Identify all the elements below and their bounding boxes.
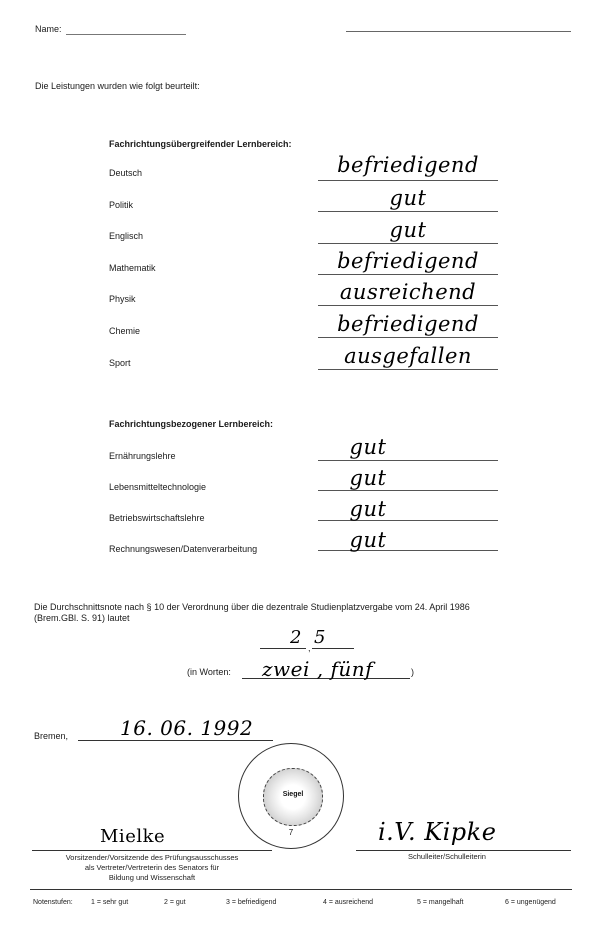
subject-name: Englisch <box>109 231 143 241</box>
date-line <box>78 740 273 741</box>
grade-handwritten: befriedigend <box>318 249 498 273</box>
grade-handwritten: gut <box>318 186 498 210</box>
section1-title: Fachrichtungsübergreifender Lernbereich: <box>109 139 292 149</box>
footer-divider <box>30 889 572 890</box>
grading-scale-item: 4 = ausreichend <box>323 899 373 906</box>
name-label: Name: <box>35 24 62 34</box>
name-field-line <box>66 34 186 35</box>
average-decimal: 5 <box>314 627 326 648</box>
left-signature-caption: Vorsitzender/Vorsitzende des Prüfungsaus… <box>32 853 272 883</box>
right-signature-caption: Schulleiter/Schulleiterin <box>408 852 486 861</box>
grade-handwritten: befriedigend <box>318 153 498 177</box>
top-right-field-line <box>346 31 571 32</box>
average-integer: 2 <box>290 627 302 648</box>
subject-name: Betriebswirtschaftslehre <box>109 513 205 523</box>
seal-number: 7 <box>239 828 343 837</box>
subject-name: Ernährungslehre <box>109 451 176 461</box>
average-decimal-line <box>312 648 354 649</box>
grade-line <box>318 460 498 461</box>
grade-handwritten: gut <box>318 528 418 552</box>
in-words-value: zwei , fünf <box>262 657 373 681</box>
grade-line <box>318 243 498 244</box>
average-integer-line <box>260 648 306 649</box>
left-signature: Mielke <box>100 826 165 847</box>
grading-scale-item: 5 = mangelhaft <box>417 899 464 906</box>
grade-handwritten: ausgefallen <box>318 344 498 368</box>
official-seal: Siegel 7 <box>238 743 344 849</box>
date-handwritten: 16. 06. 1992 <box>120 716 253 740</box>
grading-scale-item: 2 = gut <box>164 899 186 906</box>
subject-name: Deutsch <box>109 168 142 178</box>
subject-name: Rechnungswesen/Datenverarbeitung <box>109 544 257 554</box>
grading-scale-label: Notenstufen: <box>33 899 73 906</box>
intro-text: Die Leistungen wurden wie folgt beurteil… <box>35 81 200 91</box>
grade-line <box>318 211 498 212</box>
right-signature: i.V. Kipke <box>378 818 496 846</box>
average-text-line1: Die Durchschnittsnote nach § 10 der Vero… <box>34 602 470 612</box>
average-text-line2: (Brem.GBl. S. 91) lautet <box>34 613 130 623</box>
subject-name: Physik <box>109 294 136 304</box>
grade-line <box>318 180 498 181</box>
left-caption-line3: Bildung und Wissenschaft <box>32 873 272 883</box>
left-signature-line <box>32 850 272 851</box>
grade-handwritten: gut <box>318 218 498 242</box>
grade-handwritten: gut <box>318 466 418 490</box>
grading-scale-item: 1 = sehr gut <box>91 899 128 906</box>
grade-line <box>318 337 498 338</box>
place-label: Bremen, <box>34 731 68 741</box>
grading-scale-item: 6 = ungenügend <box>505 899 556 906</box>
grade-handwritten: ausreichend <box>318 280 498 304</box>
subject-name: Chemie <box>109 326 140 336</box>
grade-handwritten: befriedigend <box>318 312 498 336</box>
grade-handwritten: gut <box>318 435 418 459</box>
subject-name: Sport <box>109 358 131 368</box>
grade-line <box>318 369 498 370</box>
grade-line <box>318 490 498 491</box>
in-words-label: (in Worten: <box>187 667 231 677</box>
subject-name: Politik <box>109 200 133 210</box>
left-caption-line2: als Vertreter/Vertreterin des Senators f… <box>32 863 272 873</box>
grade-line <box>318 305 498 306</box>
left-caption-line1: Vorsitzender/Vorsitzende des Prüfungsaus… <box>32 853 272 863</box>
right-signature-line <box>356 850 571 851</box>
seal-center-label: Siegel <box>264 791 322 798</box>
grade-handwritten: gut <box>318 497 418 521</box>
grading-scale-item: 3 = befriedigend <box>226 899 276 906</box>
seal-emblem: Siegel <box>263 768 323 826</box>
grade-line <box>318 274 498 275</box>
average-separator: , <box>308 643 311 653</box>
subject-name: Mathematik <box>109 263 156 273</box>
in-words-close: ) <box>411 667 414 677</box>
section2-title: Fachrichtungsbezogener Lernbereich: <box>109 419 273 429</box>
subject-name: Lebensmitteltechnologie <box>109 482 206 492</box>
